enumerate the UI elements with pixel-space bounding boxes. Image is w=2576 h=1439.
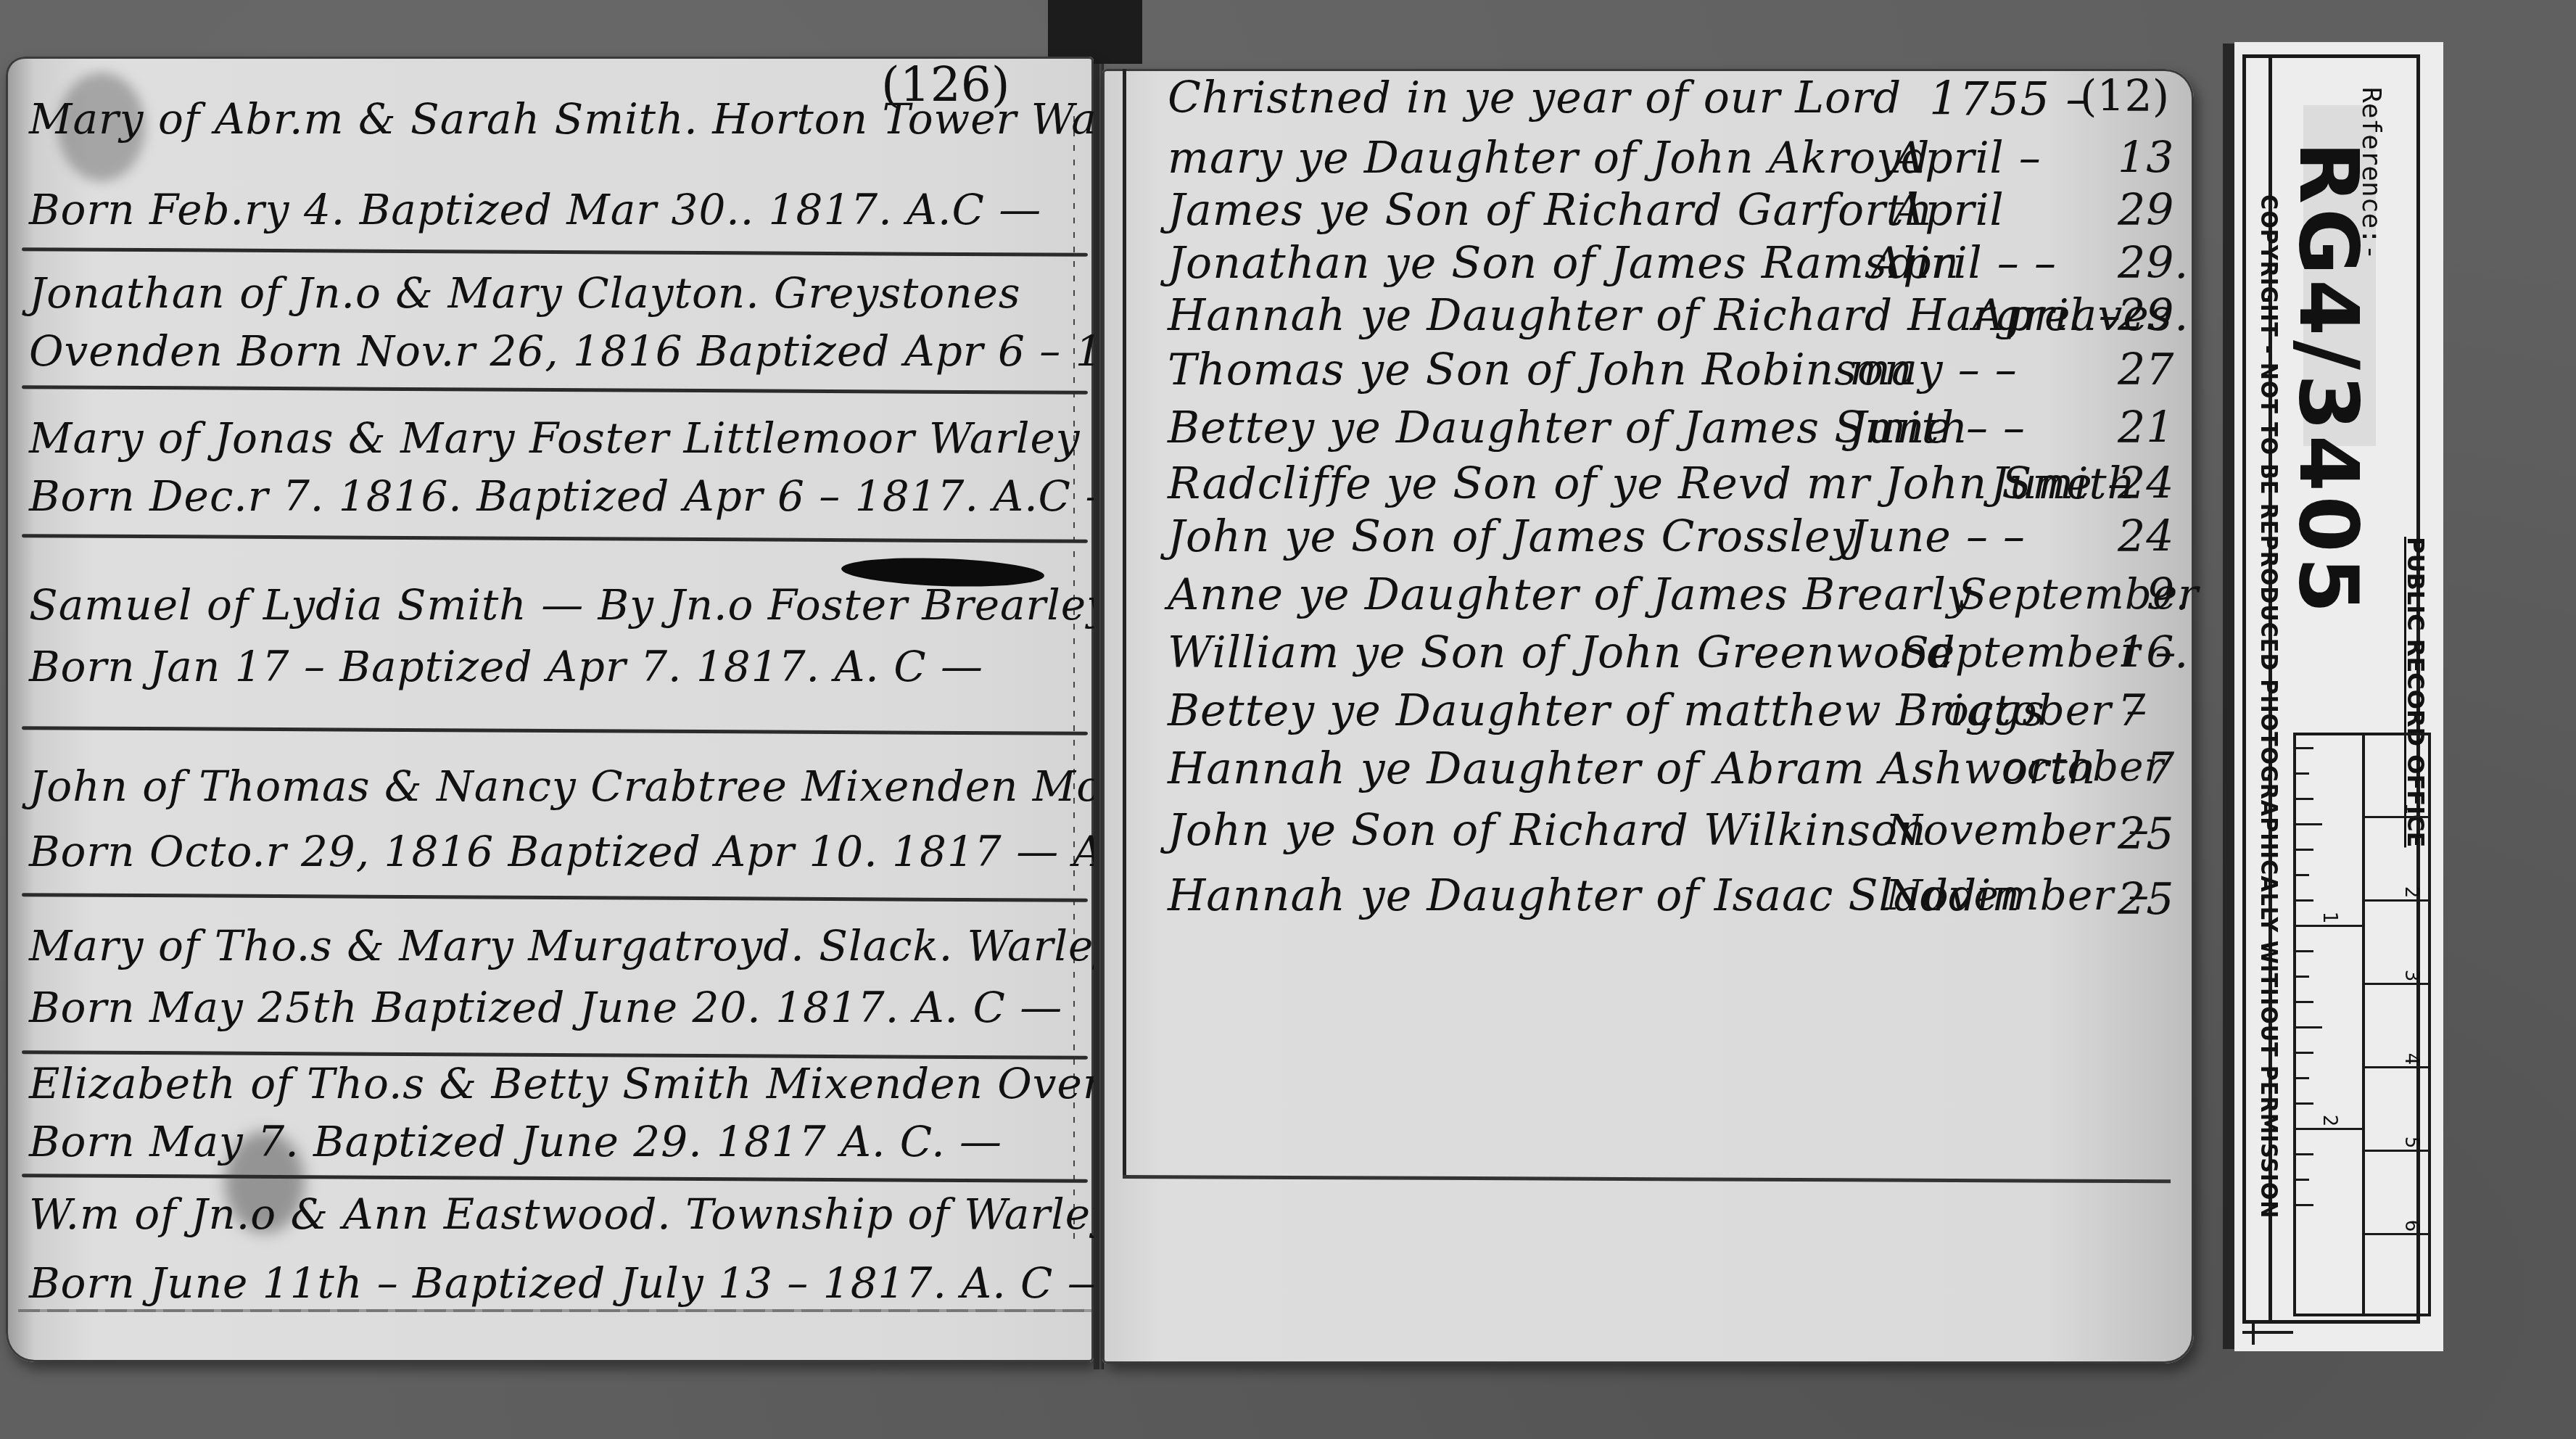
ruler-tick: [2293, 849, 2313, 851]
ruler-tick: [2293, 1102, 2313, 1105]
book-gutter-shadow: [1095, 64, 1099, 1369]
baptism-entry: Hannah ye Daughter of Abram Ashworth: [1168, 743, 2097, 794]
baptism-entry: Thomas ye Son of John Robinson: [1168, 345, 1913, 395]
baptism-month: June –: [1991, 458, 2130, 509]
copyright-notice: COPYRIGHT - NOT TO BE REPRODUCED PHOTOGR…: [2255, 194, 2283, 1219]
baptism-entry: John ye Son of Richard Wilkinson: [1168, 805, 1927, 856]
card-shadow: [2223, 44, 2234, 1349]
ruler-tick: [2362, 1066, 2431, 1068]
registration-mark: [2252, 1320, 2255, 1345]
ruler-tick: [2293, 1128, 2362, 1130]
baptism-day: 7: [2147, 743, 2175, 794]
ruler-tick: [2293, 874, 2309, 876]
ruler-tick: [2293, 823, 2322, 825]
baptism-entry: mary ye Daughter of John Akroyd: [1168, 133, 1930, 184]
measurement-ruler: 1 2 1 2 3 4 5 6: [2293, 733, 2435, 1316]
ruler-tick: [2293, 1001, 2313, 1003]
baptism-day: 24: [2118, 511, 2174, 562]
ruler-cm-label: 5: [2400, 1137, 2422, 1149]
ruler-tick: [2362, 899, 2431, 902]
ruler-cm-label: 3: [2400, 970, 2422, 982]
ruler-inch-label: 2: [2319, 1115, 2340, 1127]
baptism-entry: Anne ye Daughter of James Brearly: [1168, 569, 1972, 620]
baptism-entry: Bettey ye Daughter of matthew Briggs: [1168, 685, 2045, 736]
entry-6-line-1: Mary of Tho.s & Mary Murgatroyd. Slack. …: [29, 921, 1118, 970]
entry-7-line-2: Born May 7. Baptized June 29. 1817 A. C.…: [29, 1117, 1002, 1166]
entry-5-line-2: Born Octo.r 29, 1816 Baptized Apr 10. 18…: [29, 827, 1222, 876]
baptism-day: 9.: [2147, 569, 2189, 620]
left-page-bottom-rule: [18, 1309, 1091, 1312]
ruler-tick: [2293, 798, 2313, 800]
baptism-entry: Jonathan ye Son of James Ramsdin: [1168, 238, 1960, 289]
ruler-tick: [2293, 950, 2313, 952]
entry-4-line-1: Samuel of Lydia Smith — By Jn.o Foster B…: [29, 580, 1168, 630]
baptism-day: 24: [2118, 458, 2174, 509]
baptism-entry: William ye Son of John Greenwood: [1168, 627, 1956, 678]
ruler-tick: [2293, 925, 2362, 927]
ruler-tick: [2293, 1153, 2313, 1155]
baptism-day: 13: [2118, 133, 2174, 184]
baptism-month: November –: [1886, 805, 2150, 854]
ruler-tick: [2362, 1150, 2431, 1152]
right-folio-number: (12): [2080, 71, 2169, 122]
ruler-cm-label: 4: [2400, 1053, 2422, 1065]
entry-6-line-2: Born May 25th Baptized June 20. 1817. A.…: [29, 983, 1062, 1032]
baptism-day: 16.: [2118, 627, 2189, 678]
ruler-tick: [2293, 772, 2309, 775]
entry-2-line-1: Jonathan of Jn.o & Mary Clayton. Greysto…: [29, 268, 1021, 318]
baptism-month: october: [2002, 743, 2164, 791]
ruler-cm-label: 1: [2400, 803, 2422, 815]
baptism-day: 25: [2118, 874, 2174, 925]
entry-3-line-2: Born Dec.r 7. 1816. Baptized Apr 6 – 181…: [29, 471, 1128, 521]
right-page-margin-rule: [1123, 69, 1126, 1179]
baptism-month: April – –: [1871, 238, 2057, 289]
baptism-month: may – –: [1849, 345, 2018, 395]
ruler-cm-label: 6: [2400, 1220, 2422, 1232]
reference-code: RG4/3405: [2281, 141, 2375, 618]
baptism-entry: John ye Son of James Crossley: [1168, 511, 1856, 562]
entry-8-line-2: Born June 11th – Baptized July 13 – 1817…: [29, 1258, 1110, 1308]
baptism-day: 29.: [2118, 238, 2189, 289]
baptism-day: 21: [2118, 403, 2174, 453]
ruler-tick: [2293, 1179, 2309, 1181]
registration-mark: [2242, 1331, 2293, 1334]
ruler-divider: [2362, 733, 2365, 1316]
baptism-month: April –: [1893, 133, 2042, 184]
ruler-inch-label: 1: [2319, 912, 2340, 924]
baptism-month: November –: [1886, 870, 2150, 920]
baptism-day: 27: [2118, 345, 2174, 395]
baptism-day: 29.: [2118, 290, 2189, 341]
baptism-month: April: [1893, 185, 2005, 236]
register-header: Christned in ye year of our Lord: [1168, 73, 1902, 123]
ruler-tick: [2293, 1204, 2313, 1206]
book-spine: [1048, 0, 1142, 64]
entry-5-line-1: John of Thomas & Nancy Crabtree Mixenden…: [29, 762, 1244, 811]
ruler-tick: [2293, 1052, 2313, 1054]
baptism-day: 25: [2118, 809, 2174, 859]
ruler-cm-label: 2: [2400, 886, 2422, 899]
register-year: 1755 –: [1929, 73, 2089, 126]
ruler-tick: [2362, 1233, 2431, 1235]
entry-1-line-2: Born Feb.ry 4. Baptized Mar 30.. 1817. A…: [29, 185, 1041, 234]
entry-8-line-1: W.m of Jn.o & Ann Eastwood. Township of …: [29, 1189, 1115, 1239]
ruler-tick: [2293, 899, 2313, 902]
baptism-day: 7: [2118, 685, 2146, 736]
baptism-entry: Bettey ye Daughter of James Smith: [1168, 403, 1968, 453]
baptism-month: June – –: [1849, 511, 2026, 562]
entry-4-line-2: Born Jan 17 – Baptized Apr 7. 1817. A. C…: [29, 642, 983, 691]
entry-7-line-1: Elizabeth of Tho.s & Betty Smith Mixende…: [29, 1059, 1192, 1108]
ruler-tick: [2362, 816, 2431, 818]
baptism-day: 29: [2118, 185, 2174, 236]
baptism-month: April –: [1973, 290, 2121, 341]
ruler-tick: [2293, 976, 2309, 978]
baptism-month: June – –: [1849, 403, 2026, 453]
entry-3-line-1: Mary of Jonas & Mary Foster Littlemoor W…: [29, 413, 1081, 463]
ruler-tick: [2293, 1077, 2309, 1079]
ruler-tick: [2293, 747, 2313, 749]
ruler-tick: [2293, 1026, 2322, 1028]
entry-1-line-1: Mary of Abr.m & Sarah Smith. Horton Towe…: [29, 94, 1182, 144]
ruler-tick: [2362, 983, 2431, 985]
baptism-entry: James ye Son of Richard Garforth: [1168, 185, 1933, 236]
